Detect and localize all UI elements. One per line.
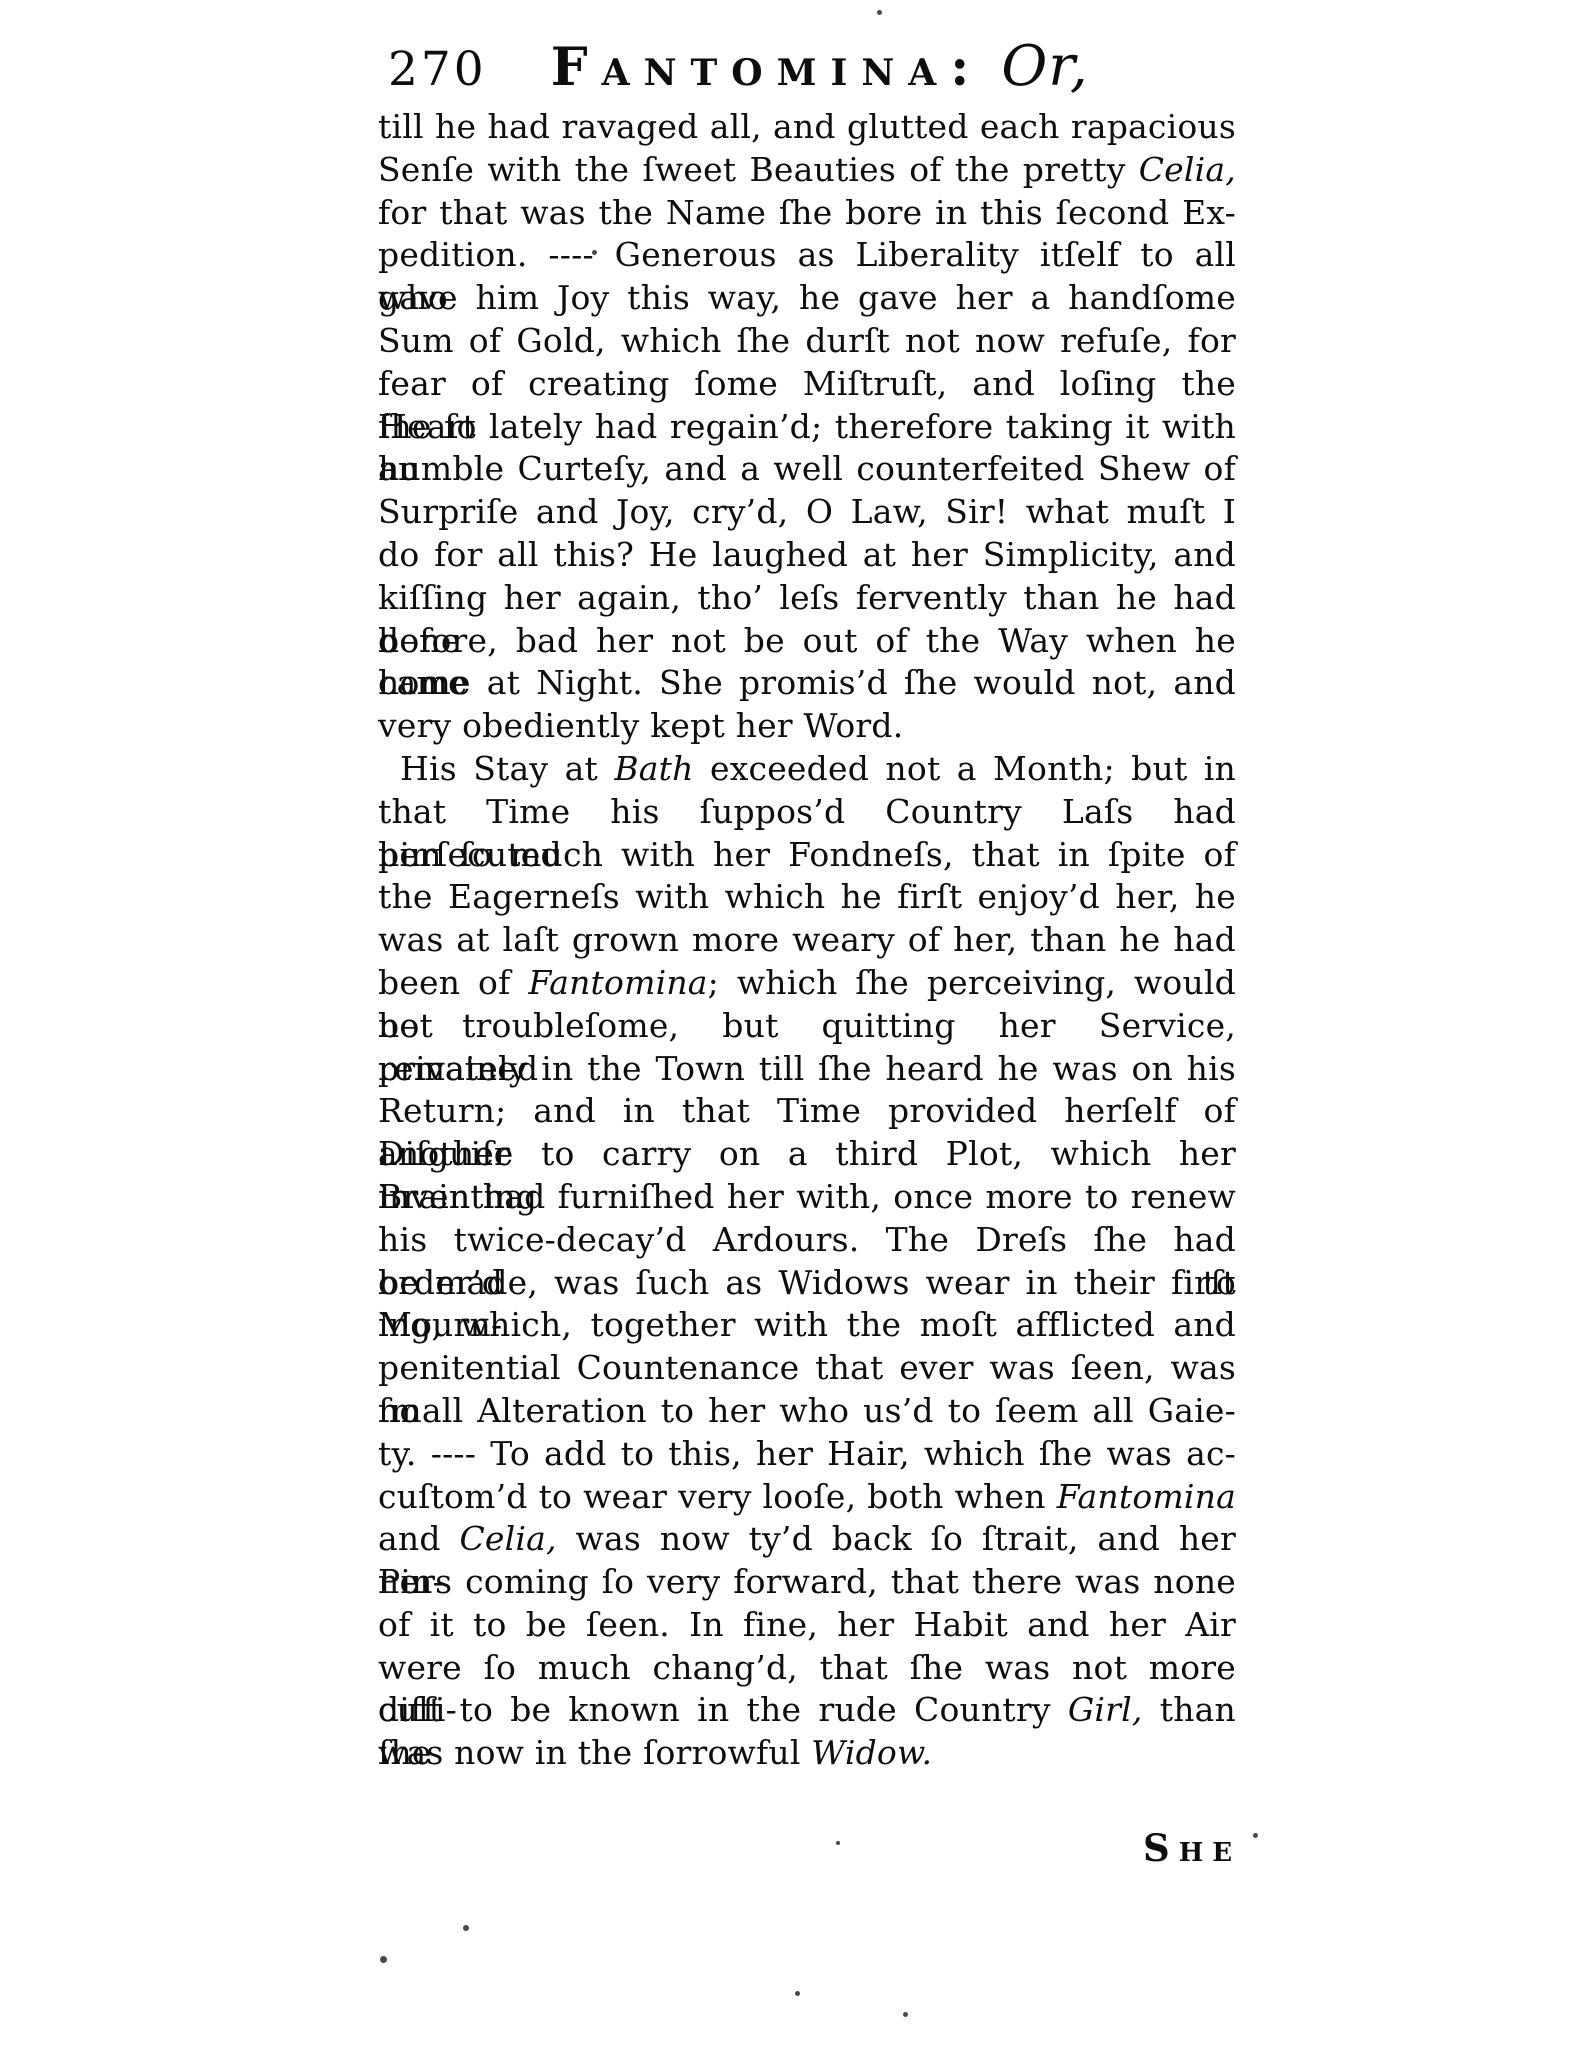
page-number: 270 xyxy=(388,42,487,97)
text-line: cult to be known in the rude Country Gir… xyxy=(378,1689,1236,1732)
text-line: his twice-decay’d Ardours. The Dreſs ſhe… xyxy=(378,1219,1236,1262)
ink-speck xyxy=(877,10,882,15)
text-line: ners coming ſo very forward, that there … xyxy=(378,1561,1236,1604)
catchword: She xyxy=(1143,1826,1241,1870)
text-line: till he had ravaged all, and glutted eac… xyxy=(378,106,1236,149)
text-line: cuſtom’d to wear very looſe, both when F… xyxy=(378,1476,1236,1519)
text-line: pedition. ---- Generous as Liberality it… xyxy=(378,234,1236,277)
text-line: that Time his ſuppos’d Country Laſs had … xyxy=(378,791,1236,834)
text-line: him ſo much with her Fondneſs, that in ſ… xyxy=(378,834,1236,877)
running-title: Fantomina: xyxy=(551,37,984,98)
text-line: privately in the Town till ſhe heard he … xyxy=(378,1048,1236,1091)
text-line: humble Curteſy, and a well counterfeited… xyxy=(378,448,1236,491)
book-page-scan: 270 Fantomina: Or, till he had ravaged a… xyxy=(0,0,1590,2057)
text-line: and Celia, was now ty’d back ſo ſtrait, … xyxy=(378,1518,1236,1561)
ink-speck xyxy=(380,1956,387,1963)
text-line: ing, which, together with the moſt affli… xyxy=(378,1304,1236,1347)
text-line: do for all this? He laughed at her Simpl… xyxy=(378,534,1236,577)
ink-speck xyxy=(903,2012,908,2017)
text-line: kiſſing her again, tho’ leſs fervently t… xyxy=(378,577,1236,620)
text-line: Return; and in that Time provided herſel… xyxy=(378,1090,1236,1133)
ink-speck xyxy=(1253,1833,1258,1838)
text-line: was at laſt grown more weary of her, tha… xyxy=(378,919,1236,962)
text-line: ſhe ſo lately had regain’d; therefore ta… xyxy=(378,406,1236,449)
ink-speck xyxy=(592,250,597,255)
ink-speck xyxy=(795,1991,800,1996)
text-line: be made, was ſuch as Widows wear in thei… xyxy=(378,1262,1236,1305)
text-line: of it to be ſeen. In fine, her Habit and… xyxy=(378,1604,1236,1647)
text-line: been of Fantomina; which ſhe perceiving,… xyxy=(378,962,1236,1005)
text-line: Sum of Gold, which ſhe durſt not now ref… xyxy=(378,320,1236,363)
text-line: gave him Joy this way, he gave her a han… xyxy=(378,277,1236,320)
text-line: Surpriſe and Joy, cry’d, O Law, Sir! wha… xyxy=(378,491,1236,534)
text-line: very obediently kept her Word. xyxy=(378,705,1236,748)
text-line: His Stay at Bath exceeded not a Month; b… xyxy=(378,748,1236,791)
text-line: the Eagerneſs with which he firſt enjoy’… xyxy=(378,876,1236,919)
text-line: Diſguiſe to carry on a third Plot, which… xyxy=(378,1133,1236,1176)
text-line: ty. ---- To add to this, her Hair, which… xyxy=(378,1433,1236,1476)
ink-speck xyxy=(836,1841,840,1845)
text-line: Senſe with the ſweet Beauties of the pre… xyxy=(378,149,1236,192)
text-line: were ſo much chang’d, that ſhe was not m… xyxy=(378,1647,1236,1690)
text-line: be troubleſome, but quitting her Service… xyxy=(378,1005,1236,1048)
text-line: was now in the ſorrowful Widow. xyxy=(378,1732,1236,1775)
running-header: 270 Fantomina: Or, xyxy=(388,34,1148,99)
text-line: penitential Countenance that ever was ſe… xyxy=(378,1347,1236,1390)
text-line: for that was the Name ſhe bore in this ſ… xyxy=(378,192,1236,235)
text-line: fear of creating ſome Miſtruſt, and loſi… xyxy=(378,363,1236,406)
text-line: before, bad her not be out of the Way wh… xyxy=(378,620,1236,663)
ink-speck xyxy=(463,1925,469,1931)
text-line: ſmall Alteration to her who us’d to ſeem… xyxy=(378,1390,1236,1433)
body-text-block: till he had ravaged all, and glutted eac… xyxy=(378,106,1236,1775)
running-title-suffix: Or, xyxy=(1001,34,1088,99)
text-line: Brain had furniſhed her with, once more … xyxy=(378,1176,1236,1219)
text-line: home at Night. She promis’d ſhe would no… xyxy=(378,662,1236,705)
